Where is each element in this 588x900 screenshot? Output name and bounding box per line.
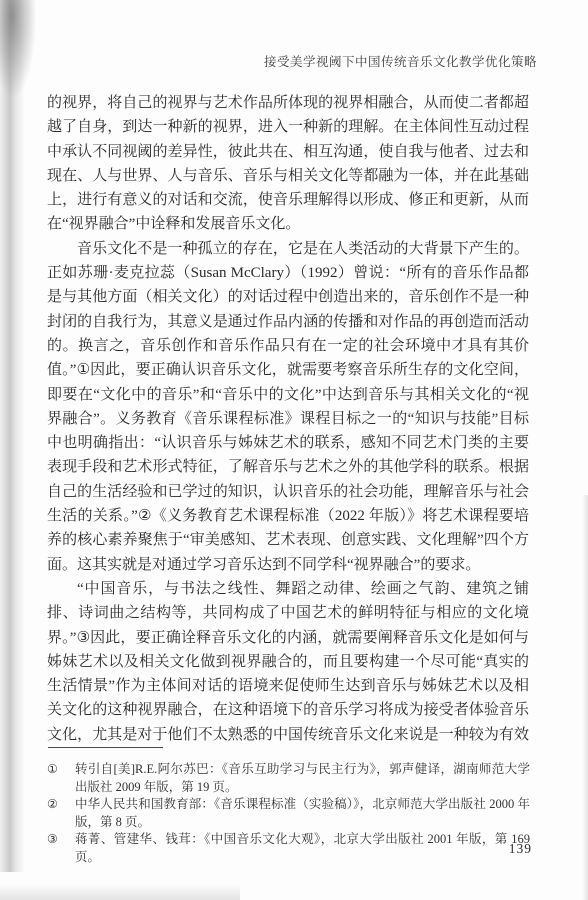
scan-shadow-right-edge	[582, 495, 588, 900]
paragraph: 音乐文化不是一种孤立的存在，它是在人类活动的大背景下产生的。正如苏珊·麦克拉蕊（…	[47, 237, 529, 577]
footnote-item: ③ 蒋菁、管建华、钱茸：《中国音乐文化大观》，北京大学出版社 2001 年版，第…	[47, 831, 530, 866]
page-number: 139	[509, 841, 532, 857]
scan-shadow-bottom-left	[0, 884, 240, 900]
footnote-separator-rule	[48, 747, 163, 748]
scan-shadow-left-edge	[0, 0, 26, 872]
footnote-marker: ②	[47, 796, 75, 814]
footnote-item: ① 转引自[美]R.E.阿尔苏巴：《音乐互助学习与民主行为》，郭声健译，湖南师范…	[47, 761, 530, 796]
footnote-text: 蒋菁、管建华、钱茸：《中国音乐文化大观》，北京大学出版社 2001 年版，第 1…	[75, 831, 530, 866]
footnote-text: 中华人民共和国教育部：《音乐课程标准（实验稿）》，北京师范大学出版社 2000 …	[75, 796, 530, 831]
paragraph: “中国音乐，与书法之线性、舞蹈之动律、绘画之气韵、建筑之铺排、诗词曲之结构等，共…	[47, 577, 529, 743]
paragraph-continuation: 的视界，将自己的视界与艺术作品所体现的视界相融合，从而使二者都超越了自身，到达一…	[47, 91, 529, 237]
scan-shadow-top-left-corner	[0, 0, 52, 200]
footnotes-block: ① 转引自[美]R.E.阿尔苏巴：《音乐互助学习与民主行为》，郭声健译，湖南师范…	[47, 761, 530, 866]
footnote-text: 转引自[美]R.E.阿尔苏巴：《音乐互助学习与民主行为》，郭声健译，湖南师范大学…	[75, 761, 530, 796]
scanned-book-page: 接受美学视阈下中国传统音乐文化教学优化策略 的视界，将自己的视界与艺术作品所体现…	[0, 0, 588, 900]
footnote-marker: ③	[47, 831, 75, 849]
body-text: 的视界，将自己的视界与艺术作品所体现的视界相融合，从而使二者都超越了自身，到达一…	[47, 91, 529, 743]
running-head-title: 接受美学视阈下中国传统音乐文化教学优化策略	[264, 52, 537, 70]
footnote-marker: ①	[47, 761, 75, 779]
footnote-item: ② 中华人民共和国教育部：《音乐课程标准（实验稿）》，北京师范大学出版社 200…	[47, 796, 530, 831]
